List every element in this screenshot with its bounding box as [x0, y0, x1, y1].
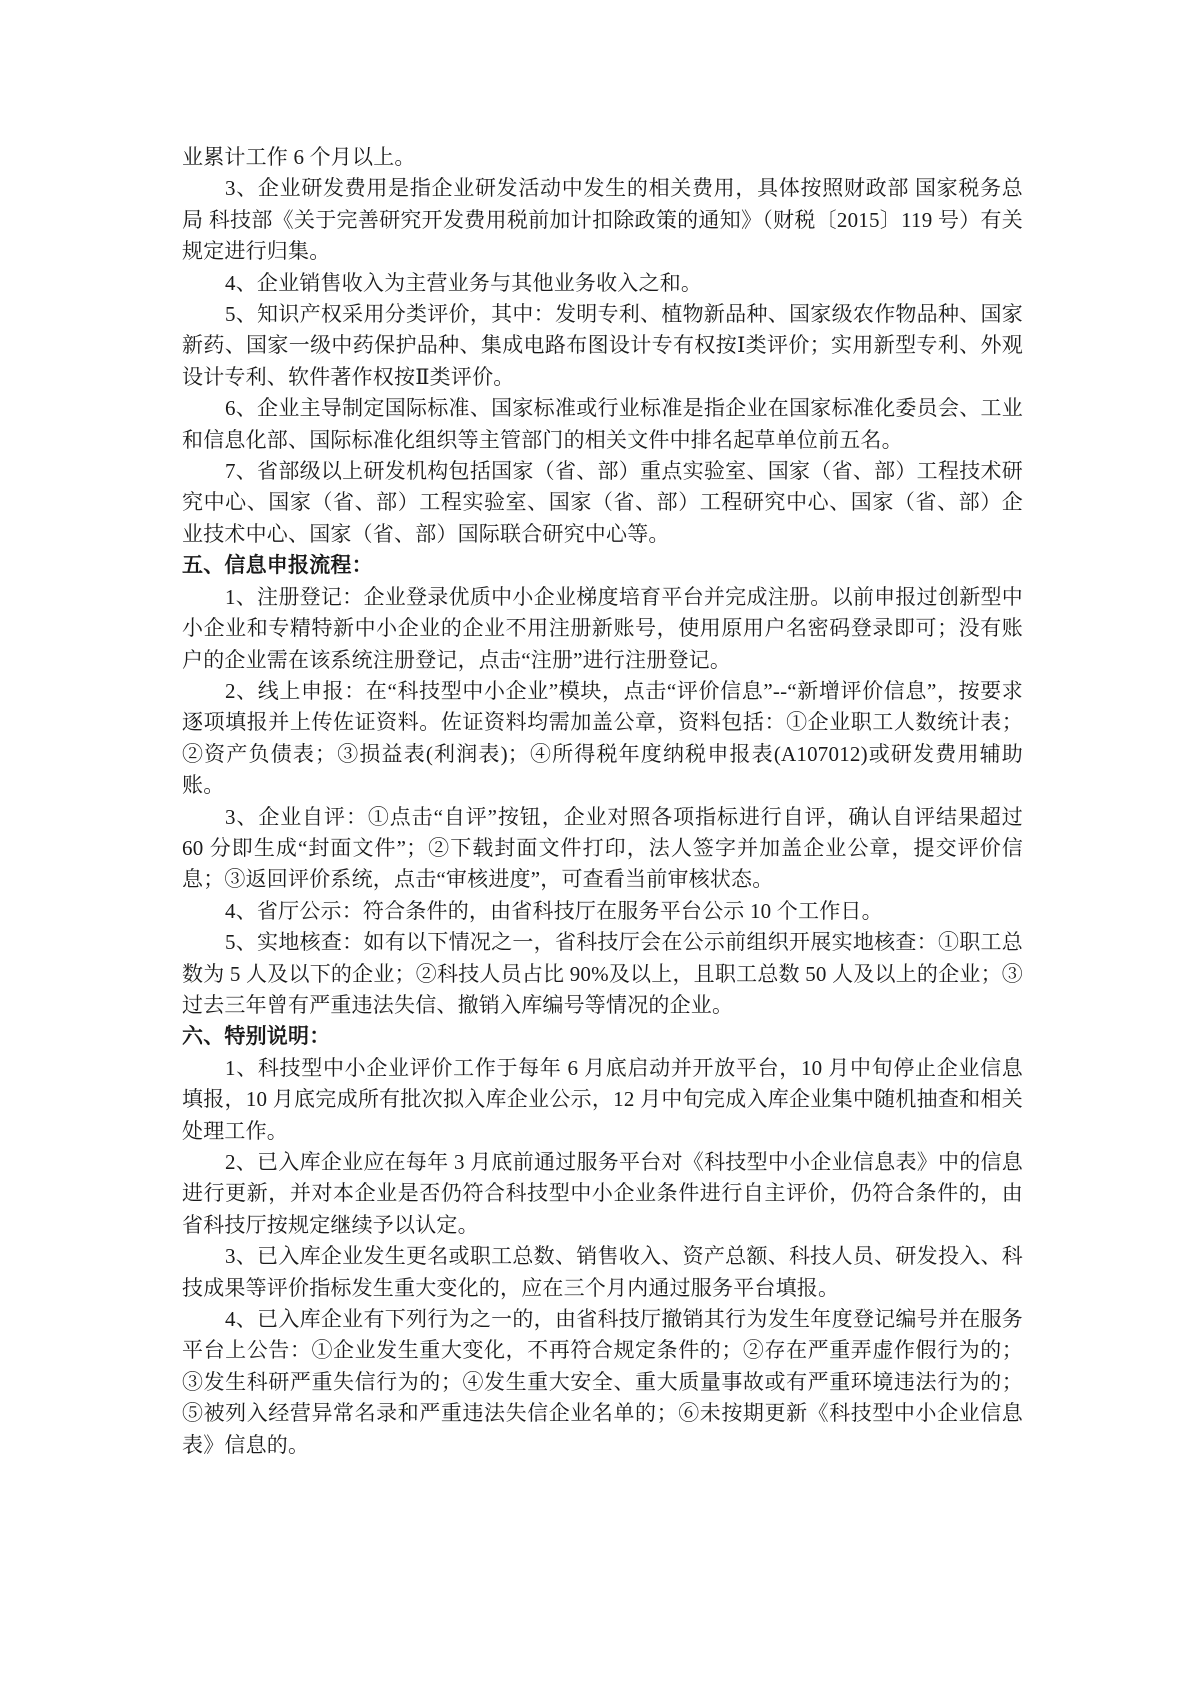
body-paragraph: 3、企业研发费用是指企业研发活动中发生的相关费用，具体按照财政部 国家税务总局 …: [182, 173, 1023, 267]
body-paragraph: 1、注册登记：企业登录优质中小企业梯度培育平台并完成注册。以前申报过创新型中小企…: [182, 582, 1023, 676]
body-paragraph: 4、已入库企业有下列行为之一的，由省科技厅撤销其行为发生年度登记编号并在服务平台…: [182, 1304, 1023, 1461]
body-paragraph: 4、省厅公示：符合条件的，由省科技厅在服务平台公示 10 个工作日。: [182, 896, 1023, 927]
body-paragraph: 7、省部级以上研发机构包括国家（省、部）重点实验室、国家（省、部）工程技术研究中…: [182, 456, 1023, 550]
section-heading: 六、特别说明：: [182, 1021, 1023, 1052]
body-paragraph: 1、科技型中小企业评价工作于每年 6 月底启动并开放平台，10 月中旬停止企业信…: [182, 1053, 1023, 1147]
body-paragraph: 4、企业销售收入为主营业务与其他业务收入之和。: [182, 268, 1023, 299]
body-paragraph: 5、知识产权采用分类评价，其中：发明专利、植物新品种、国家级农作物品种、国家新药…: [182, 299, 1023, 393]
section-heading: 五、信息申报流程：: [182, 550, 1023, 581]
body-paragraph: 5、实地核查：如有以下情况之一，省科技厅会在公示前组织开展实地核查：①职工总数为…: [182, 927, 1023, 1021]
document-page: 业累计工作 6 个月以上。3、企业研发费用是指企业研发活动中发生的相关费用，具体…: [0, 0, 1200, 1698]
body-paragraph: 3、已入库企业发生更名或职工总数、销售收入、资产总额、科技人员、研发投入、科技成…: [182, 1241, 1023, 1304]
body-paragraph: 2、已入库企业应在每年 3 月底前通过服务平台对《科技型中小企业信息表》中的信息…: [182, 1147, 1023, 1241]
body-paragraph: 2、线上申报：在“科技型中小企业”模块，点击“评价信息”--“新增评价信息”，按…: [182, 676, 1023, 802]
document-body: 业累计工作 6 个月以上。3、企业研发费用是指企业研发活动中发生的相关费用，具体…: [182, 142, 1023, 1461]
body-paragraph: 3、企业自评：①点击“自评”按钮，企业对照各项指标进行自评，确认自评结果超过 6…: [182, 802, 1023, 896]
body-paragraph: 6、企业主导制定国际标准、国家标准或行业标准是指企业在国家标准化委员会、工业和信…: [182, 393, 1023, 456]
body-paragraph: 业累计工作 6 个月以上。: [182, 142, 1023, 173]
